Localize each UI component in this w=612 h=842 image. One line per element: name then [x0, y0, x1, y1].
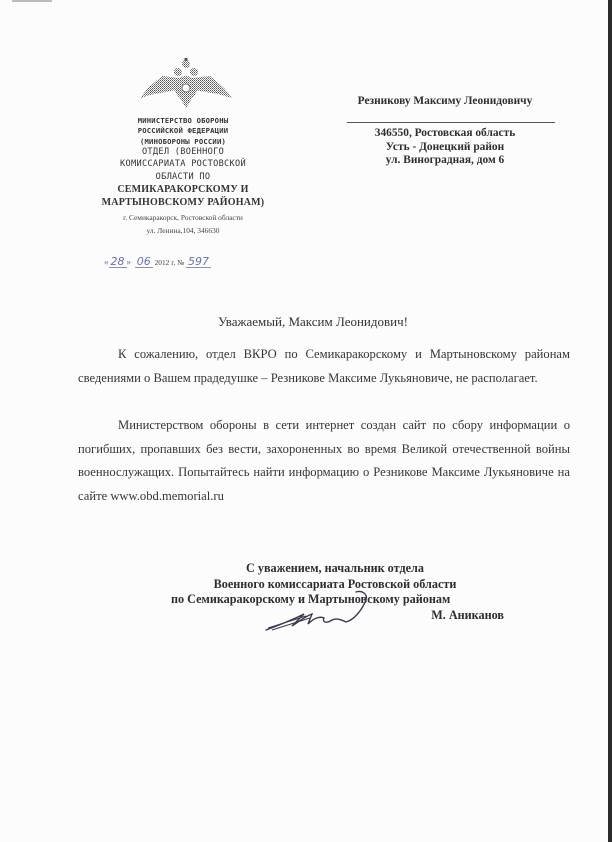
salutation: Уважаемый, Максим Леонидович! — [0, 314, 612, 330]
signature-icon — [262, 586, 372, 636]
department-district-line: МАРТЫНОВСКОМУ РАЙОНАМ) — [78, 198, 288, 208]
department-line: ОТДЕЛ (ВОЕННОГО — [78, 148, 288, 157]
recipient-address-line: Усть - Донецкий район — [325, 141, 565, 155]
closing-line: С уважением, начальник отдела — [170, 561, 510, 577]
sender-street: ул. Ленина,104, 346630 — [78, 227, 288, 234]
ministry-line: (МИНОБОРОНЫ РОССИИ) — [78, 138, 288, 145]
body-paragraph: К сожалению, отдел ВКРО по Семикаракорск… — [78, 343, 570, 390]
registration-line: «28» 06 2012 г. № 597 — [104, 257, 211, 268]
recipient-divider — [347, 122, 555, 123]
sender-city: г. Семикаракорск, Ростовской области — [78, 214, 288, 221]
department-district-line: СЕМИКАРАКОРСКОМУ И — [78, 185, 288, 195]
recipient-name: Резникову Максиму Леонидовичу — [325, 94, 565, 108]
scan-edge-right — [608, 0, 612, 842]
close-quote: » — [127, 257, 132, 267]
eagle-emblem-icon — [140, 58, 232, 108]
ministry-line: РОССИЙСКОЙ ФЕДЕРАЦИИ — [78, 127, 288, 134]
recipient-address-line: ул. Виноградная, дом 6 — [325, 154, 565, 168]
ministry-line: МИНИСТЕРСТВО ОБОРОНЫ — [78, 117, 288, 124]
registration-day: 28 — [109, 257, 127, 268]
scan-edge-top — [12, 0, 52, 2]
recipient-block: Резникову Максиму Леонидовичу 346550, Ро… — [325, 94, 565, 168]
sender-letterhead: МИНИСТЕРСТВО ОБОРОНЫ РОССИЙСКОЙ ФЕДЕРАЦИ… — [78, 117, 288, 235]
registration-month: 06 — [135, 257, 153, 268]
body-paragraph-text: К сожалению, отдел ВКРО по Семикаракорск… — [78, 347, 570, 385]
body-paragraph: Министерством обороны в сети интернет со… — [78, 414, 570, 508]
department-line: ОБЛАСТИ ПО — [78, 173, 288, 182]
registration-number: 597 — [186, 257, 211, 268]
registration-year: 2012 г. № — [155, 258, 185, 267]
body-paragraph-text: Министерством обороны в сети интернет со… — [78, 418, 570, 503]
recipient-address-line: 346550, Ростовская область — [325, 127, 565, 141]
department-line: КОМИССАРИАТА РОСТОВСКОЙ — [78, 160, 288, 169]
